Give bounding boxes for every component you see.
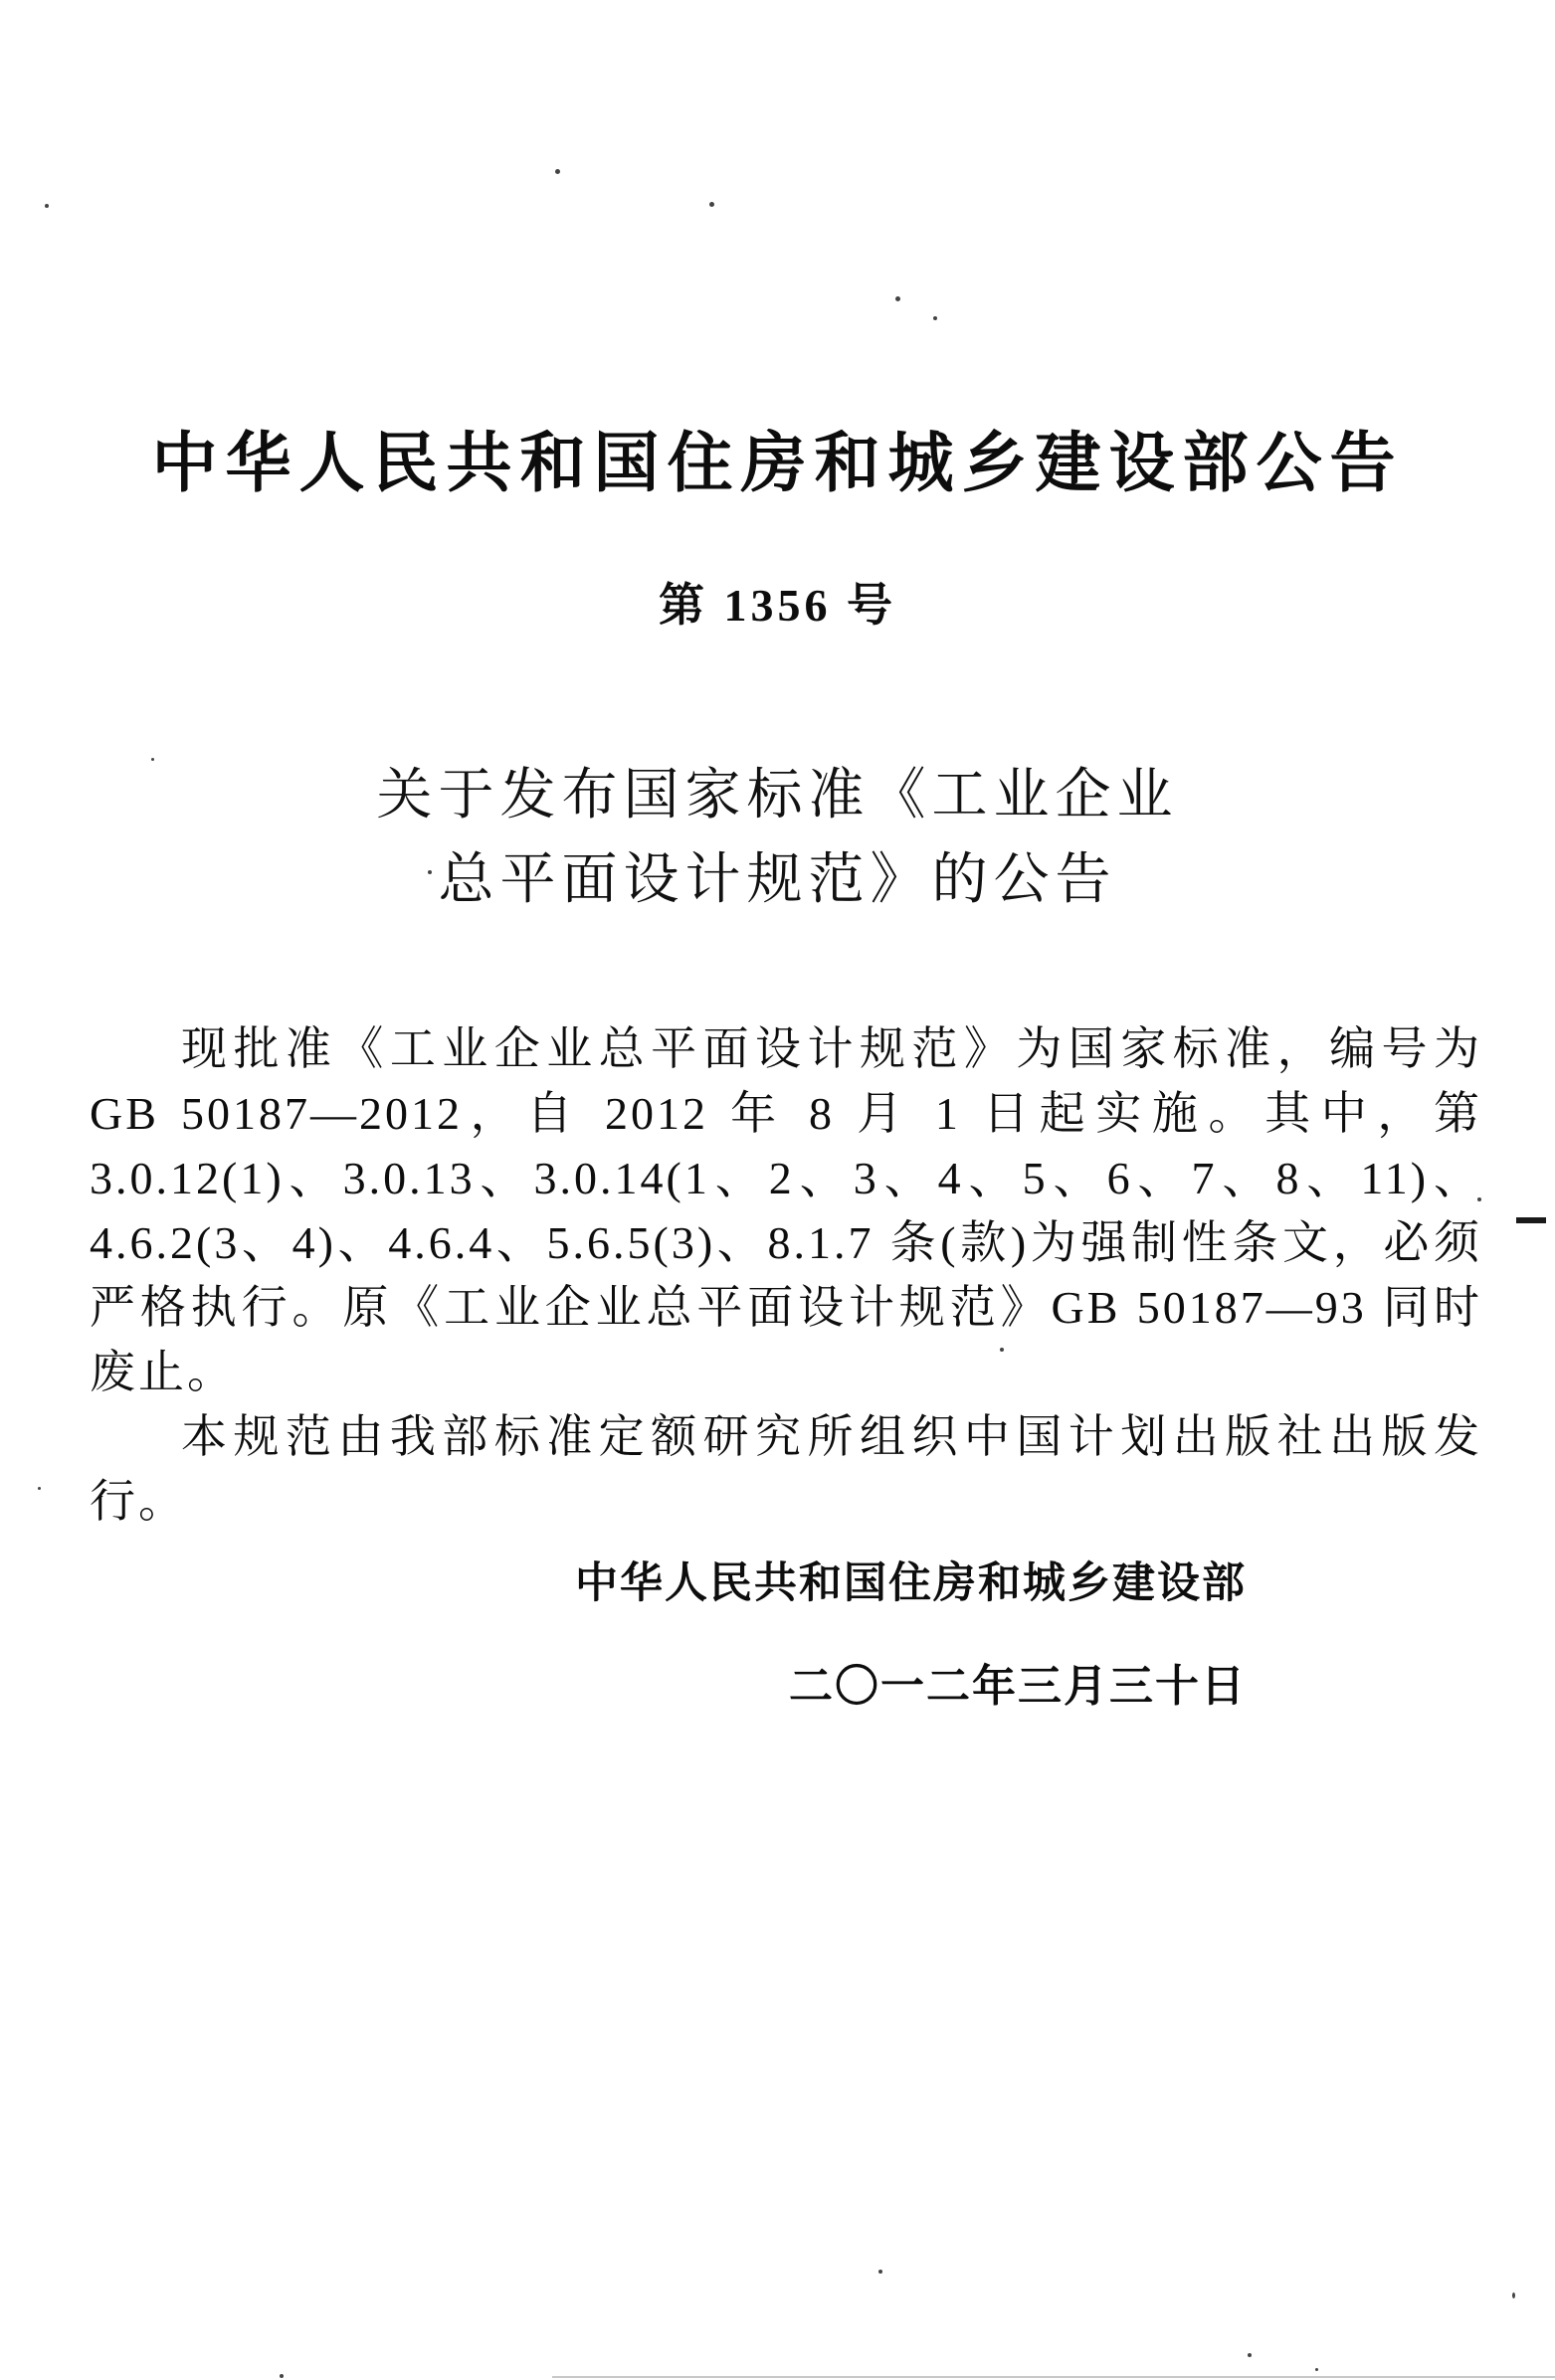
scan-speck bbox=[933, 316, 937, 320]
scan-speck bbox=[709, 202, 714, 207]
issue-date: 二〇一二年三月三十日 bbox=[789, 1650, 1247, 1714]
doc-subtitle: 关于发布国家标准《工业企业 总平面设计规范》的公告 bbox=[0, 754, 1555, 923]
issuing-authority: 中华人民共和国住房和城乡建设部 bbox=[575, 1550, 1247, 1610]
body-paragraph-1: 现批准《工业企业总平面设计规范》为国家标准，编号为 GB 50187—2012，… bbox=[90, 1016, 1482, 1404]
scan-speck bbox=[1315, 2368, 1318, 2371]
scan-speck bbox=[38, 1487, 41, 1490]
subtitle-line-1: 关于发布国家标准《工业企业 bbox=[377, 765, 1179, 826]
announcement-number: 第 1356 号 bbox=[0, 569, 1555, 635]
scan-speck bbox=[895, 296, 900, 301]
page-title: 中华人民共和国住房和城乡建设部公告 bbox=[0, 410, 1555, 504]
scan-speck bbox=[1000, 1348, 1004, 1352]
body-paragraph-2: 本规范由我部标准定额研究所组织中国计划出版社出版发行。 bbox=[90, 1404, 1482, 1534]
scan-speck bbox=[151, 758, 154, 761]
scan-speck bbox=[878, 2270, 882, 2274]
scan-speck bbox=[555, 169, 560, 174]
document-page: 中华人民共和国住房和城乡建设部公告 第 1356 号 关于发布国家标准《工业企业… bbox=[0, 0, 1555, 2380]
scan-speck bbox=[1512, 2292, 1515, 2298]
page-bottom-edge-line bbox=[552, 2376, 1555, 2378]
scan-speck bbox=[45, 204, 49, 208]
doc-body: 现批准《工业企业总平面设计规范》为国家标准，编号为 GB 50187—2012，… bbox=[90, 1016, 1482, 1534]
scan-speck bbox=[1477, 1197, 1481, 1201]
right-margin-dash-mark bbox=[1516, 1217, 1546, 1223]
scan-speck bbox=[280, 2374, 284, 2378]
signature-block: 中华人民共和国住房和城乡建设部 二〇一二年三月三十日 bbox=[575, 1550, 1247, 1714]
subtitle-line-2: 总平面设计规范》的公告 bbox=[439, 849, 1117, 911]
scan-speck bbox=[1248, 2353, 1252, 2357]
scan-speck bbox=[428, 870, 432, 874]
